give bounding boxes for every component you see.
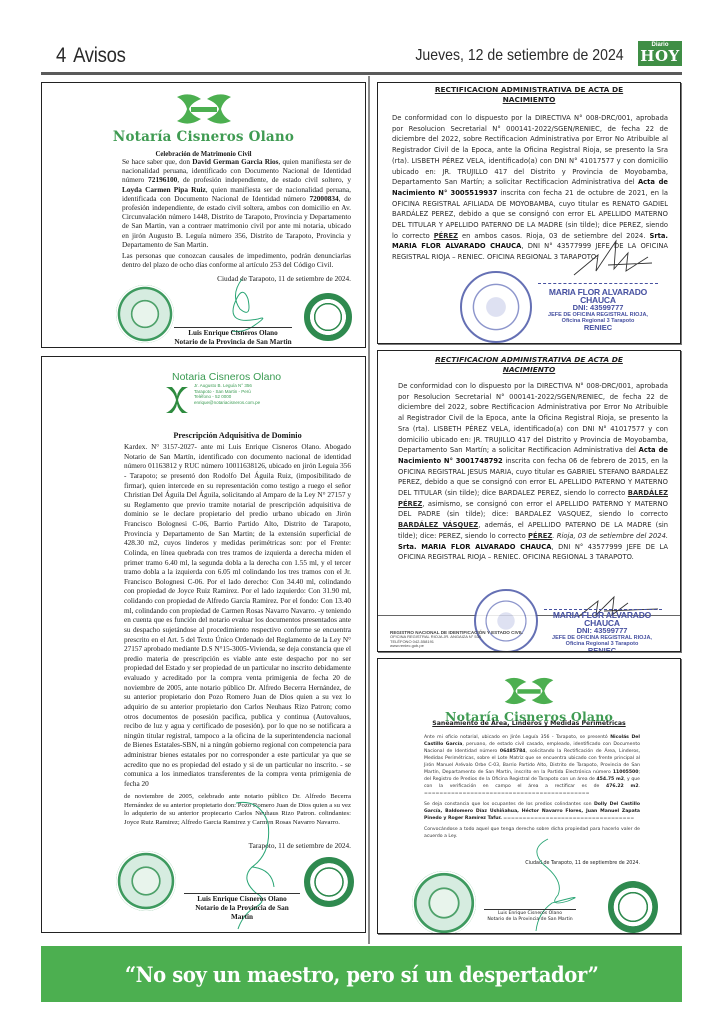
diario-hoy-logo: Diario HOY [638,41,682,66]
notice-rectificacion-1: RECTIFICACION ADMINISTRATIVA DE ACTA DE … [377,82,681,344]
page-number: 4 [56,44,66,67]
quote-banner: “No soy un maestro, pero sí un despertad… [41,946,682,1002]
notary-emblem-icon [304,857,354,907]
notice-matrimonio-civil: Notaría Cisneros Olano Celebración de Ma… [41,82,366,348]
page-header: 4Avisos Jueves, 12 de setiembre de 2024 … [40,36,682,68]
notaria-logo-icon [169,89,239,129]
notice-body: Se hace saber que, don David German Garc… [122,157,351,271]
signature-block: Luis Enrique Cisneros Olano Notario de l… [184,893,300,922]
notice-paragraph: Se deja constancia que los ocupantes de … [424,801,640,822]
section-name: Avisos [73,44,126,67]
reniec-stamp: MARIA FLOR ALVARADO CHAUCA DNI: 43599777… [534,288,662,332]
notice-paragraph: Ante mi oficio notarial, ubicado en Jiró… [424,734,640,797]
signer-name: Luis Enrique Cisneros Olano [174,329,292,338]
notice-title: RECTIFICACION ADMINISTRATIVA DE ACTA DE … [378,83,680,105]
reniec-stamp: MARIA FLOR ALVARADO CHAUCA DNI: 43599777… [538,611,666,652]
notice-title: RECTIFICACION ADMINISTRATIVA DE ACTA DE … [378,351,680,375]
signature-block: Luis Enrique Cisneros Olano Notario de l… [174,327,292,347]
notary-name: Notaria Cisneros Olano [172,371,281,383]
issue-date: Jueves, 12 de setiembre de 2024 [416,47,624,65]
notary-emblem-icon [304,293,352,341]
notice-prescripcion-adquisitiva: Notaria Cisneros Olano Jr. Augusto B. Le… [41,356,366,933]
notary-name: Notaría Cisneros Olano [42,129,365,145]
notice-body: Ante mi oficio notarial, ubicado en Jiró… [424,734,640,844]
quote-text: “No soy un maestro, pero sí un despertad… [125,962,599,987]
signer-name: Luis Enrique Cisneros Olano [184,895,300,904]
header-divider [41,72,682,75]
column-divider [368,76,370,944]
notice-title: Prescripción Adquisitiva de Dominio [124,431,351,440]
notice-paragraph: Se hace saber que, don David German Garc… [122,157,351,249]
notice-title: Saneamiento de Área, Linderos y Medidas … [378,720,680,727]
signature-block: Luis Enrique Cisneros Olano Notario de l… [484,909,576,923]
section-title: 4Avisos [56,44,126,68]
notaria-logo-icon [164,385,190,415]
signer-title: Notario de la Provincia de San Martin [174,338,292,347]
notice-body: Kardex. N° 3157-2027- ante mi Luis Enriq… [124,443,351,790]
signer-title: Notario de la Provincia de San Martin [184,904,300,922]
signature-icon [568,235,658,283]
notice-saneamiento: Notaría Cisneros Olano Saneamiento de Ár… [377,658,681,934]
notary-letterhead: Notaria Cisneros Olano Jr. Augusto B. Le… [172,371,281,405]
notary-seal-icon [412,871,476,934]
notary-seal-icon [116,851,176,911]
notice-paragraph: Las personas que conozcan causales de im… [122,251,351,269]
notice-rectificacion-2: RECTIFICACION ADMINISTRATIVA DE ACTA DE … [377,350,681,652]
notaria-logo-icon [497,673,561,709]
notice-body: De conformidad con lo dispuesto por la D… [398,381,668,563]
notary-emblem-icon [608,881,658,933]
notary-seal-icon [116,285,174,343]
reniec-seal-icon [460,271,532,343]
signer-title: Notario de la Provincia de San Martin [484,917,576,923]
stamp-line [538,283,658,284]
reniec-footer: REGISTRO NACIONAL DE IDENTIFICACIÓN Y ES… [390,631,523,649]
logo-big-text: HOY [638,49,682,64]
